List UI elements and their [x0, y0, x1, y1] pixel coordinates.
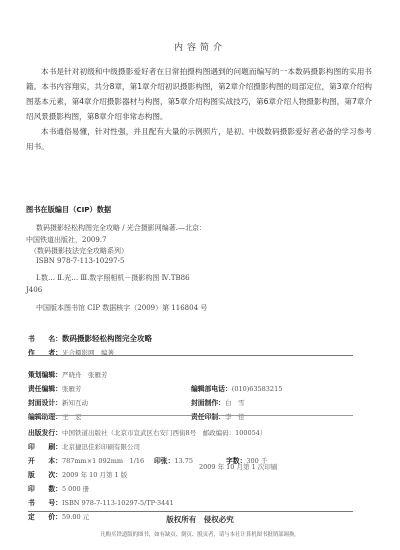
summary-body: 本书是针对初级和中级摄影爱好者在日常拍摄构图遇到的问题而编写的一本数码摄影构图的… — [26, 64, 372, 154]
cip-line-6: J406 — [26, 286, 42, 294]
exchange-notice: 凡购买铁道版的图书，如有缺页、倒页、脱页者，请与本社计算机图书批销部调换。 — [0, 530, 400, 538]
cip-line-4: ISBN 978-7-113-10297-5 — [36, 257, 124, 265]
sheets-row: 印张：13.75 — [154, 448, 193, 467]
cip-line-7: 中国版本图书馆 CIP 数据核字（2009）第 116804 号 — [36, 303, 207, 313]
summary-paragraph-1: 本书是针对初级和中级摄影爱好者在日常拍摄构图遇到的问题而编写的一本数码摄影构图的… — [26, 64, 372, 124]
divider-2 — [28, 415, 353, 416]
cip-heading: 图书在版编目（CIP）数据 — [26, 205, 111, 215]
print-date: 2009 年 10 月第 1 次印刷 — [199, 462, 277, 471]
divider-1 — [28, 355, 353, 356]
copyright-notice: 版权所有 侵权必究 — [0, 514, 400, 525]
cip-line-1: 数码摄影轻松构图完全攻略 / 光合摄影网编著.—北京： — [36, 223, 206, 233]
divider-3 — [28, 511, 353, 512]
cip-line-2: 中国铁道出版社，2009.7 — [26, 235, 107, 245]
cip-line-3: （数码摄影技法完全攻略系列） — [30, 246, 128, 256]
sheets-value: 13.75 — [174, 457, 193, 465]
author-row: 作 者：光合摄影网 编著 — [28, 340, 114, 359]
cip-line-5: Ⅰ.数… Ⅱ.光… Ⅲ.数字照相机－摄影构图 Ⅳ.TB86 — [36, 273, 190, 283]
summary-paragraph-2: 本书通俗易懂，针对性强，并且配有大量的示例照片，是初、中级数码摄影爱好者必备的学… — [26, 124, 372, 154]
sheets-label: 印张： — [154, 457, 174, 465]
summary-title: 内容简介 — [0, 40, 400, 53]
